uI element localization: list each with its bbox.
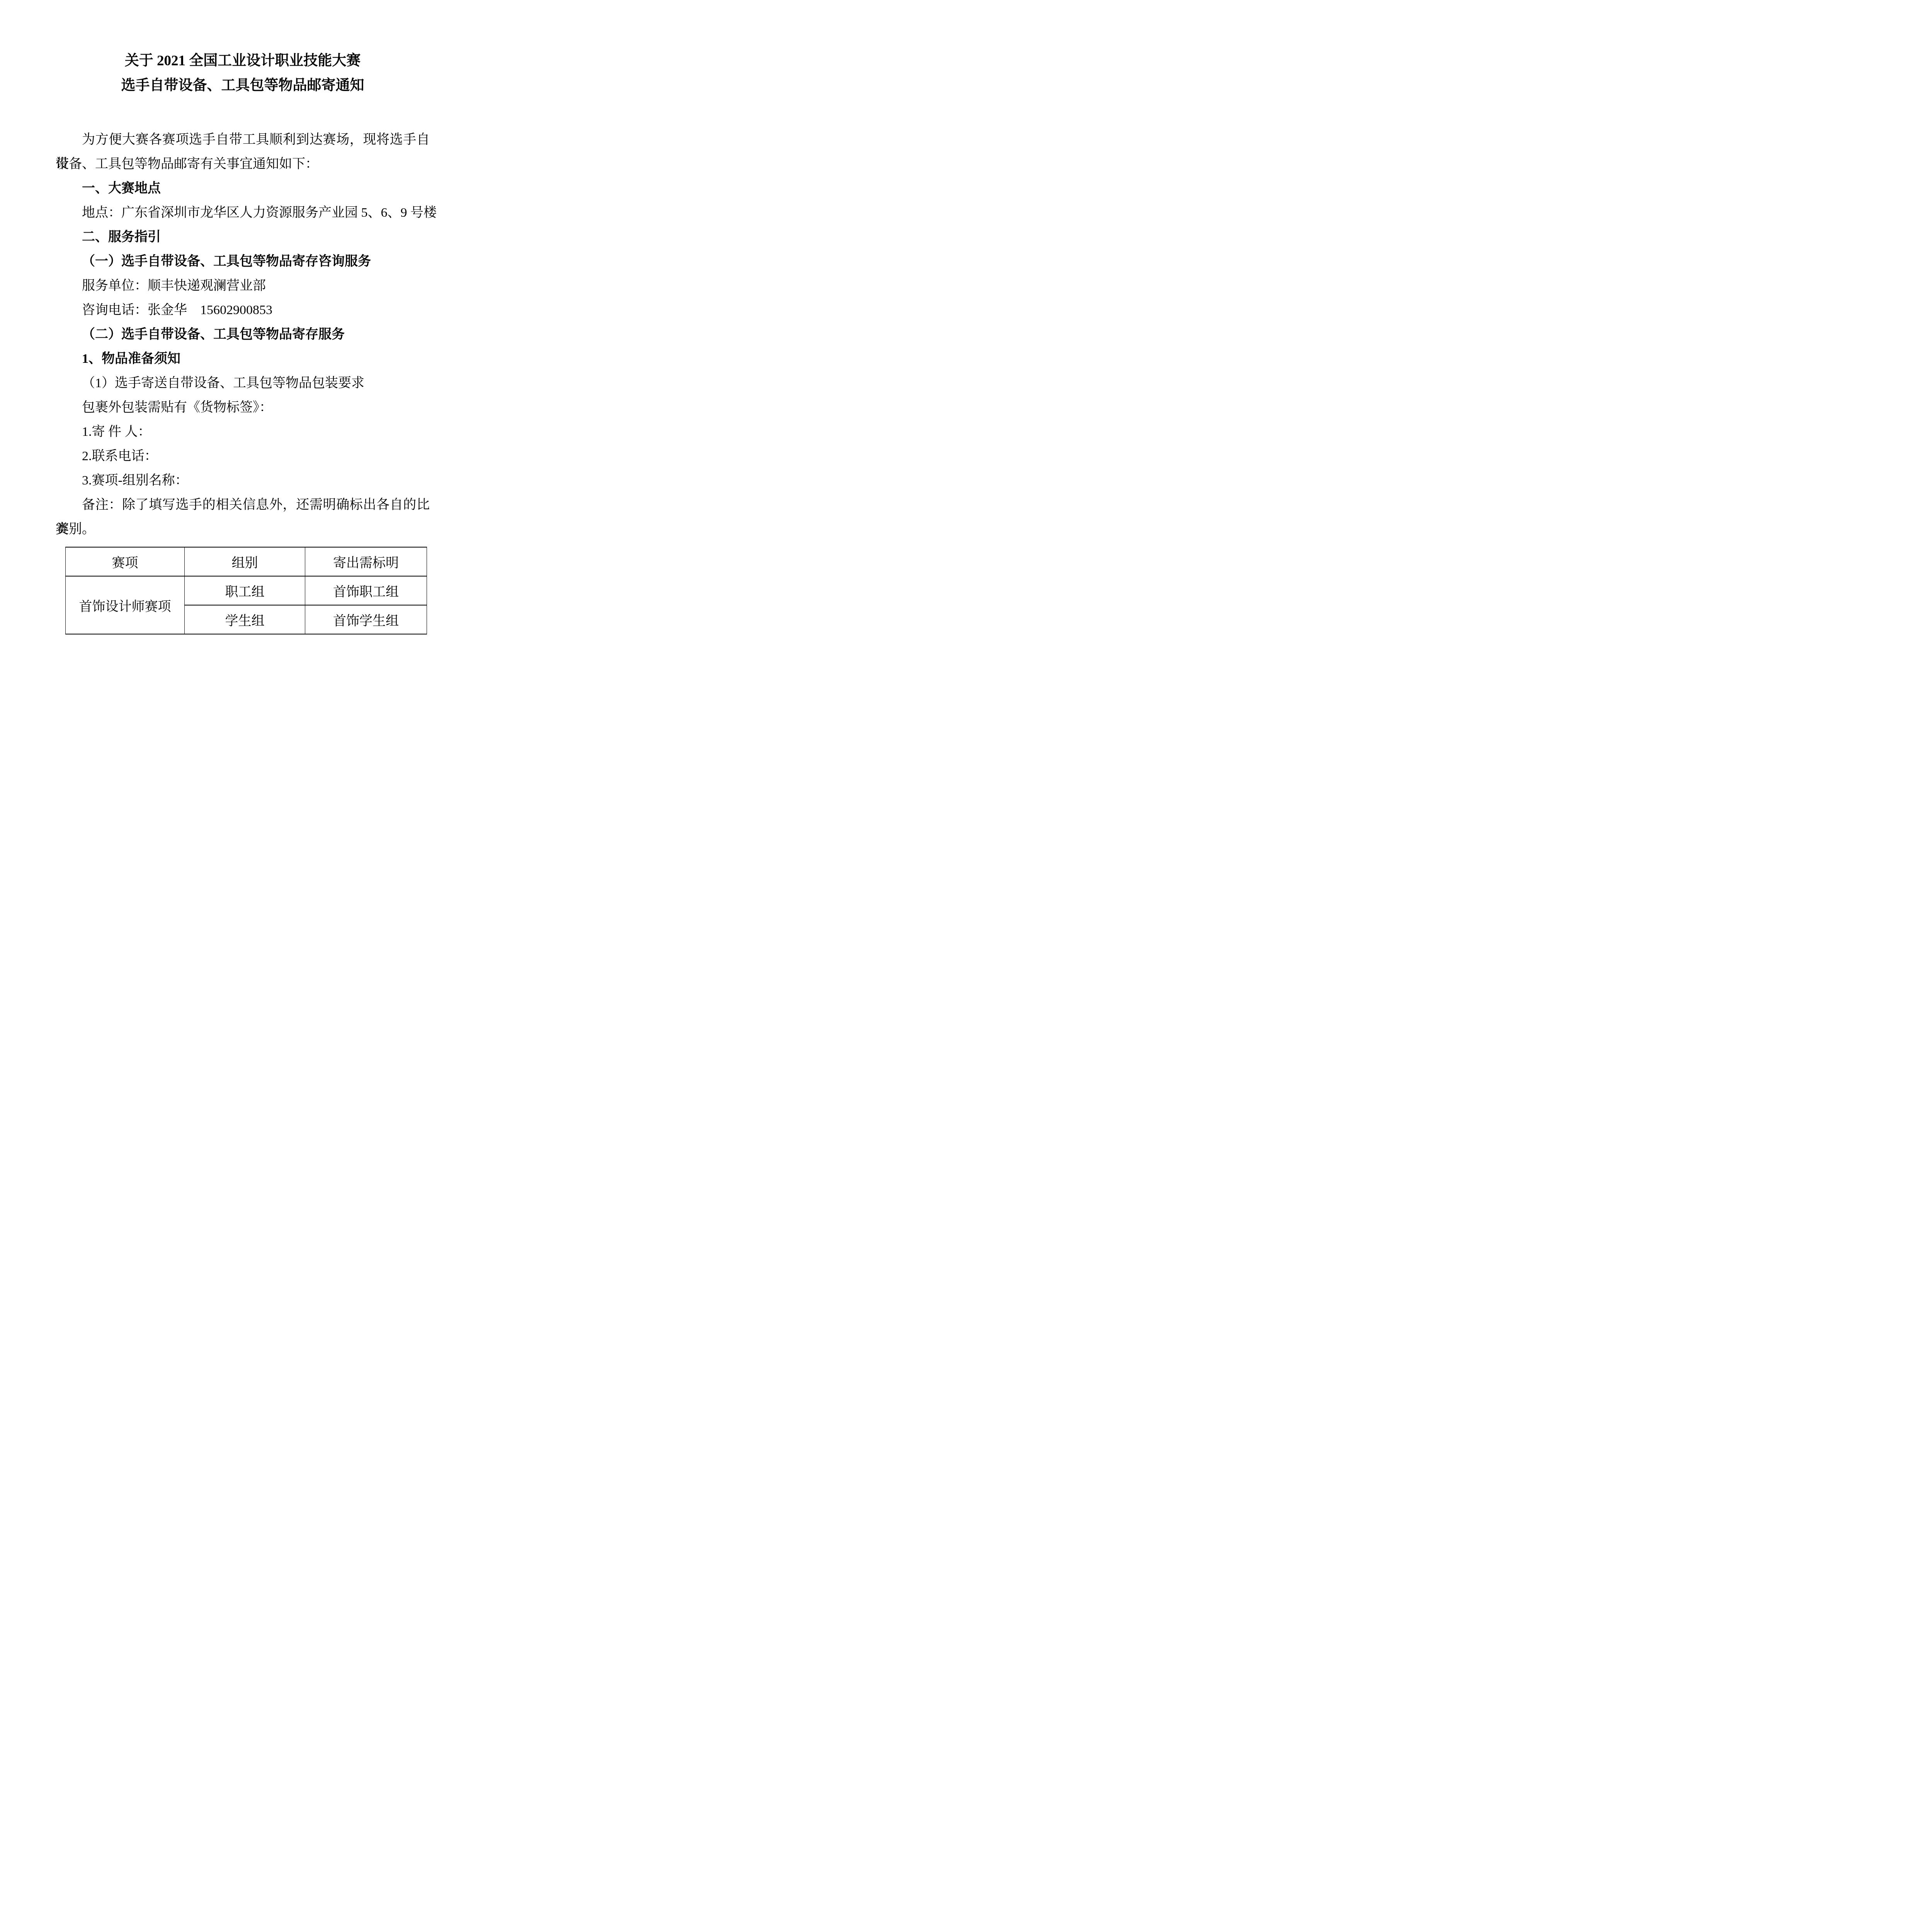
table-row: 首饰设计师赛项 职工组 首饰职工组 bbox=[66, 576, 427, 605]
table-header-group: 组别 bbox=[185, 547, 305, 576]
table-cell-group: 职工组 bbox=[185, 576, 305, 605]
contact-phone-line: 咨询电话：张金华 15602900853 bbox=[56, 298, 430, 322]
document-page: 关于 2021 全国工业设计职业技能大赛 选手自带设备、工具包等物品邮寄通知 为… bbox=[0, 0, 479, 678]
document-title-line-1: 关于 2021 全国工业设计职业技能大赛 bbox=[56, 49, 430, 73]
packaging-requirement-line: （1）选手寄送自带设备、工具包等物品包装要求 bbox=[56, 371, 430, 395]
sender-field-line: 1.寄 件 人： bbox=[56, 420, 430, 444]
venue-line: 地点：广东省深圳市龙华区人力资源服务产业园 5、6、9 号楼 bbox=[56, 201, 430, 225]
event-group-field-line: 3.赛项-组别名称： bbox=[56, 468, 430, 493]
section-2-heading: 二、服务指引 bbox=[56, 225, 430, 249]
table-cell-mark: 首饰学生组 bbox=[305, 605, 427, 634]
event-group-table: 赛项 组别 寄出需标明 首饰设计师赛项 职工组 首饰职工组 学生组 首饰学生组 bbox=[65, 547, 427, 634]
phone-field-line: 2.联系电话： bbox=[56, 444, 430, 468]
table-cell-mark: 首饰职工组 bbox=[305, 576, 427, 605]
table-header-mark: 寄出需标明 bbox=[305, 547, 427, 576]
note-line-2: 类别。 bbox=[56, 517, 430, 541]
label-requirement-line: 包裹外包装需贴有《货物标签》： bbox=[56, 395, 430, 420]
subsection-1-heading: （一）选手自带设备、工具包等物品寄存咨询服务 bbox=[56, 249, 430, 274]
table-header-row: 赛项 组别 寄出需标明 bbox=[66, 547, 427, 576]
item-prep-heading: 1、物品准备须知 bbox=[56, 347, 430, 371]
document-title-line-2: 选手自带设备、工具包等物品邮寄通知 bbox=[56, 73, 430, 98]
section-1-heading: 一、大赛地点 bbox=[56, 176, 430, 201]
subsection-2-heading: （二）选手自带设备、工具包等物品寄存服务 bbox=[56, 322, 430, 347]
service-unit-line: 服务单位：顺丰快递观澜营业部 bbox=[56, 274, 430, 298]
title-body-spacer bbox=[56, 98, 430, 128]
intro-line-1: 为方便大赛各赛项选手自带工具顺利到达赛场，现将选手自带 bbox=[56, 128, 430, 152]
intro-line-2: 设备、工具包等物品邮寄有关事宜通知如下： bbox=[56, 152, 430, 176]
note-line-1: 备注：除了填写选手的相关信息外，还需明确标出各自的比赛 bbox=[56, 493, 430, 517]
table-header-event: 赛项 bbox=[66, 547, 185, 576]
table-cell-event-name: 首饰设计师赛项 bbox=[66, 576, 185, 634]
table-cell-group: 学生组 bbox=[185, 605, 305, 634]
